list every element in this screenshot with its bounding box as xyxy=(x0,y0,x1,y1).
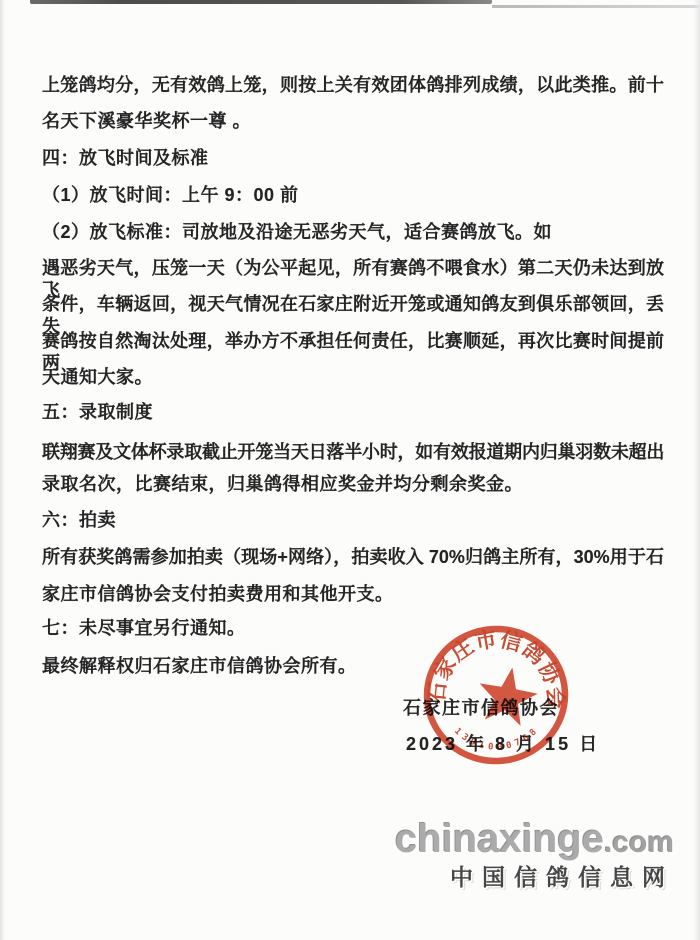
doc-line: 所有获奖鸽需参加拍卖（现场+网络），拍卖收入 70%归鸽主所有，30%用于石 xyxy=(42,546,664,568)
doc-line: 录取名次，比赛结束，归巢鸽得相应奖金并均分剩余奖金。 xyxy=(42,473,523,495)
watermark-brand: chinaxinge xyxy=(395,817,604,861)
watermark-site-name: 中国信鸽信息网 xyxy=(374,864,674,890)
seal-code-text: 1301000768 xyxy=(452,726,539,752)
scan-edge-artifact-left xyxy=(0,0,5,940)
scan-edge-artifact-right xyxy=(693,0,700,940)
doc-line: （1）放飞时间：上午 9：00 前 xyxy=(42,184,299,206)
doc-line: 名天下溪豪华奖杯一尊 。 xyxy=(42,110,251,132)
star-icon xyxy=(480,668,538,726)
scanned-document-page: 上笼鸽均分，无有效鸽上笼，则按上关有效团体鸽排列成绩，以此类推。前十 名天下溪豪… xyxy=(0,0,700,940)
scan-edge-artifact-top xyxy=(30,0,492,4)
doc-line: 家庄市信鸽协会支付拍卖费用和其他开支。 xyxy=(42,583,394,605)
section-heading-7: 七：未尽事宜另行通知。 xyxy=(42,617,246,639)
doc-line: 最终解释权归石家庄市信鸽协会所有。 xyxy=(42,655,357,677)
doc-line: （2）放飞标准：司放地及沿途无恶劣天气，适合赛鸽放飞。如 xyxy=(42,221,552,243)
doc-line: 联翔赛及文体杯录取截止开笼当天日落半小时，如有效报道期内归巢羽数未超出 xyxy=(42,441,664,463)
section-heading-6: 六：拍卖 xyxy=(42,509,116,531)
official-seal: 石家庄市信鸽协会 1301000768 xyxy=(420,620,572,772)
section-heading-4: 四：放飞时间及标准 xyxy=(42,147,209,169)
site-watermark: chinaxinge.com 中国信鸽信息网 xyxy=(374,818,674,890)
section-heading-5: 五：录取制度 xyxy=(42,401,153,423)
watermark-tld: .com xyxy=(604,826,674,859)
doc-line: 上笼鸽均分，无有效鸽上笼，则按上关有效团体鸽排列成绩，以此类推。前十 xyxy=(42,74,664,96)
scan-edge-artifact-top-right xyxy=(492,5,700,8)
doc-line: 天通知大家。 xyxy=(42,366,153,388)
